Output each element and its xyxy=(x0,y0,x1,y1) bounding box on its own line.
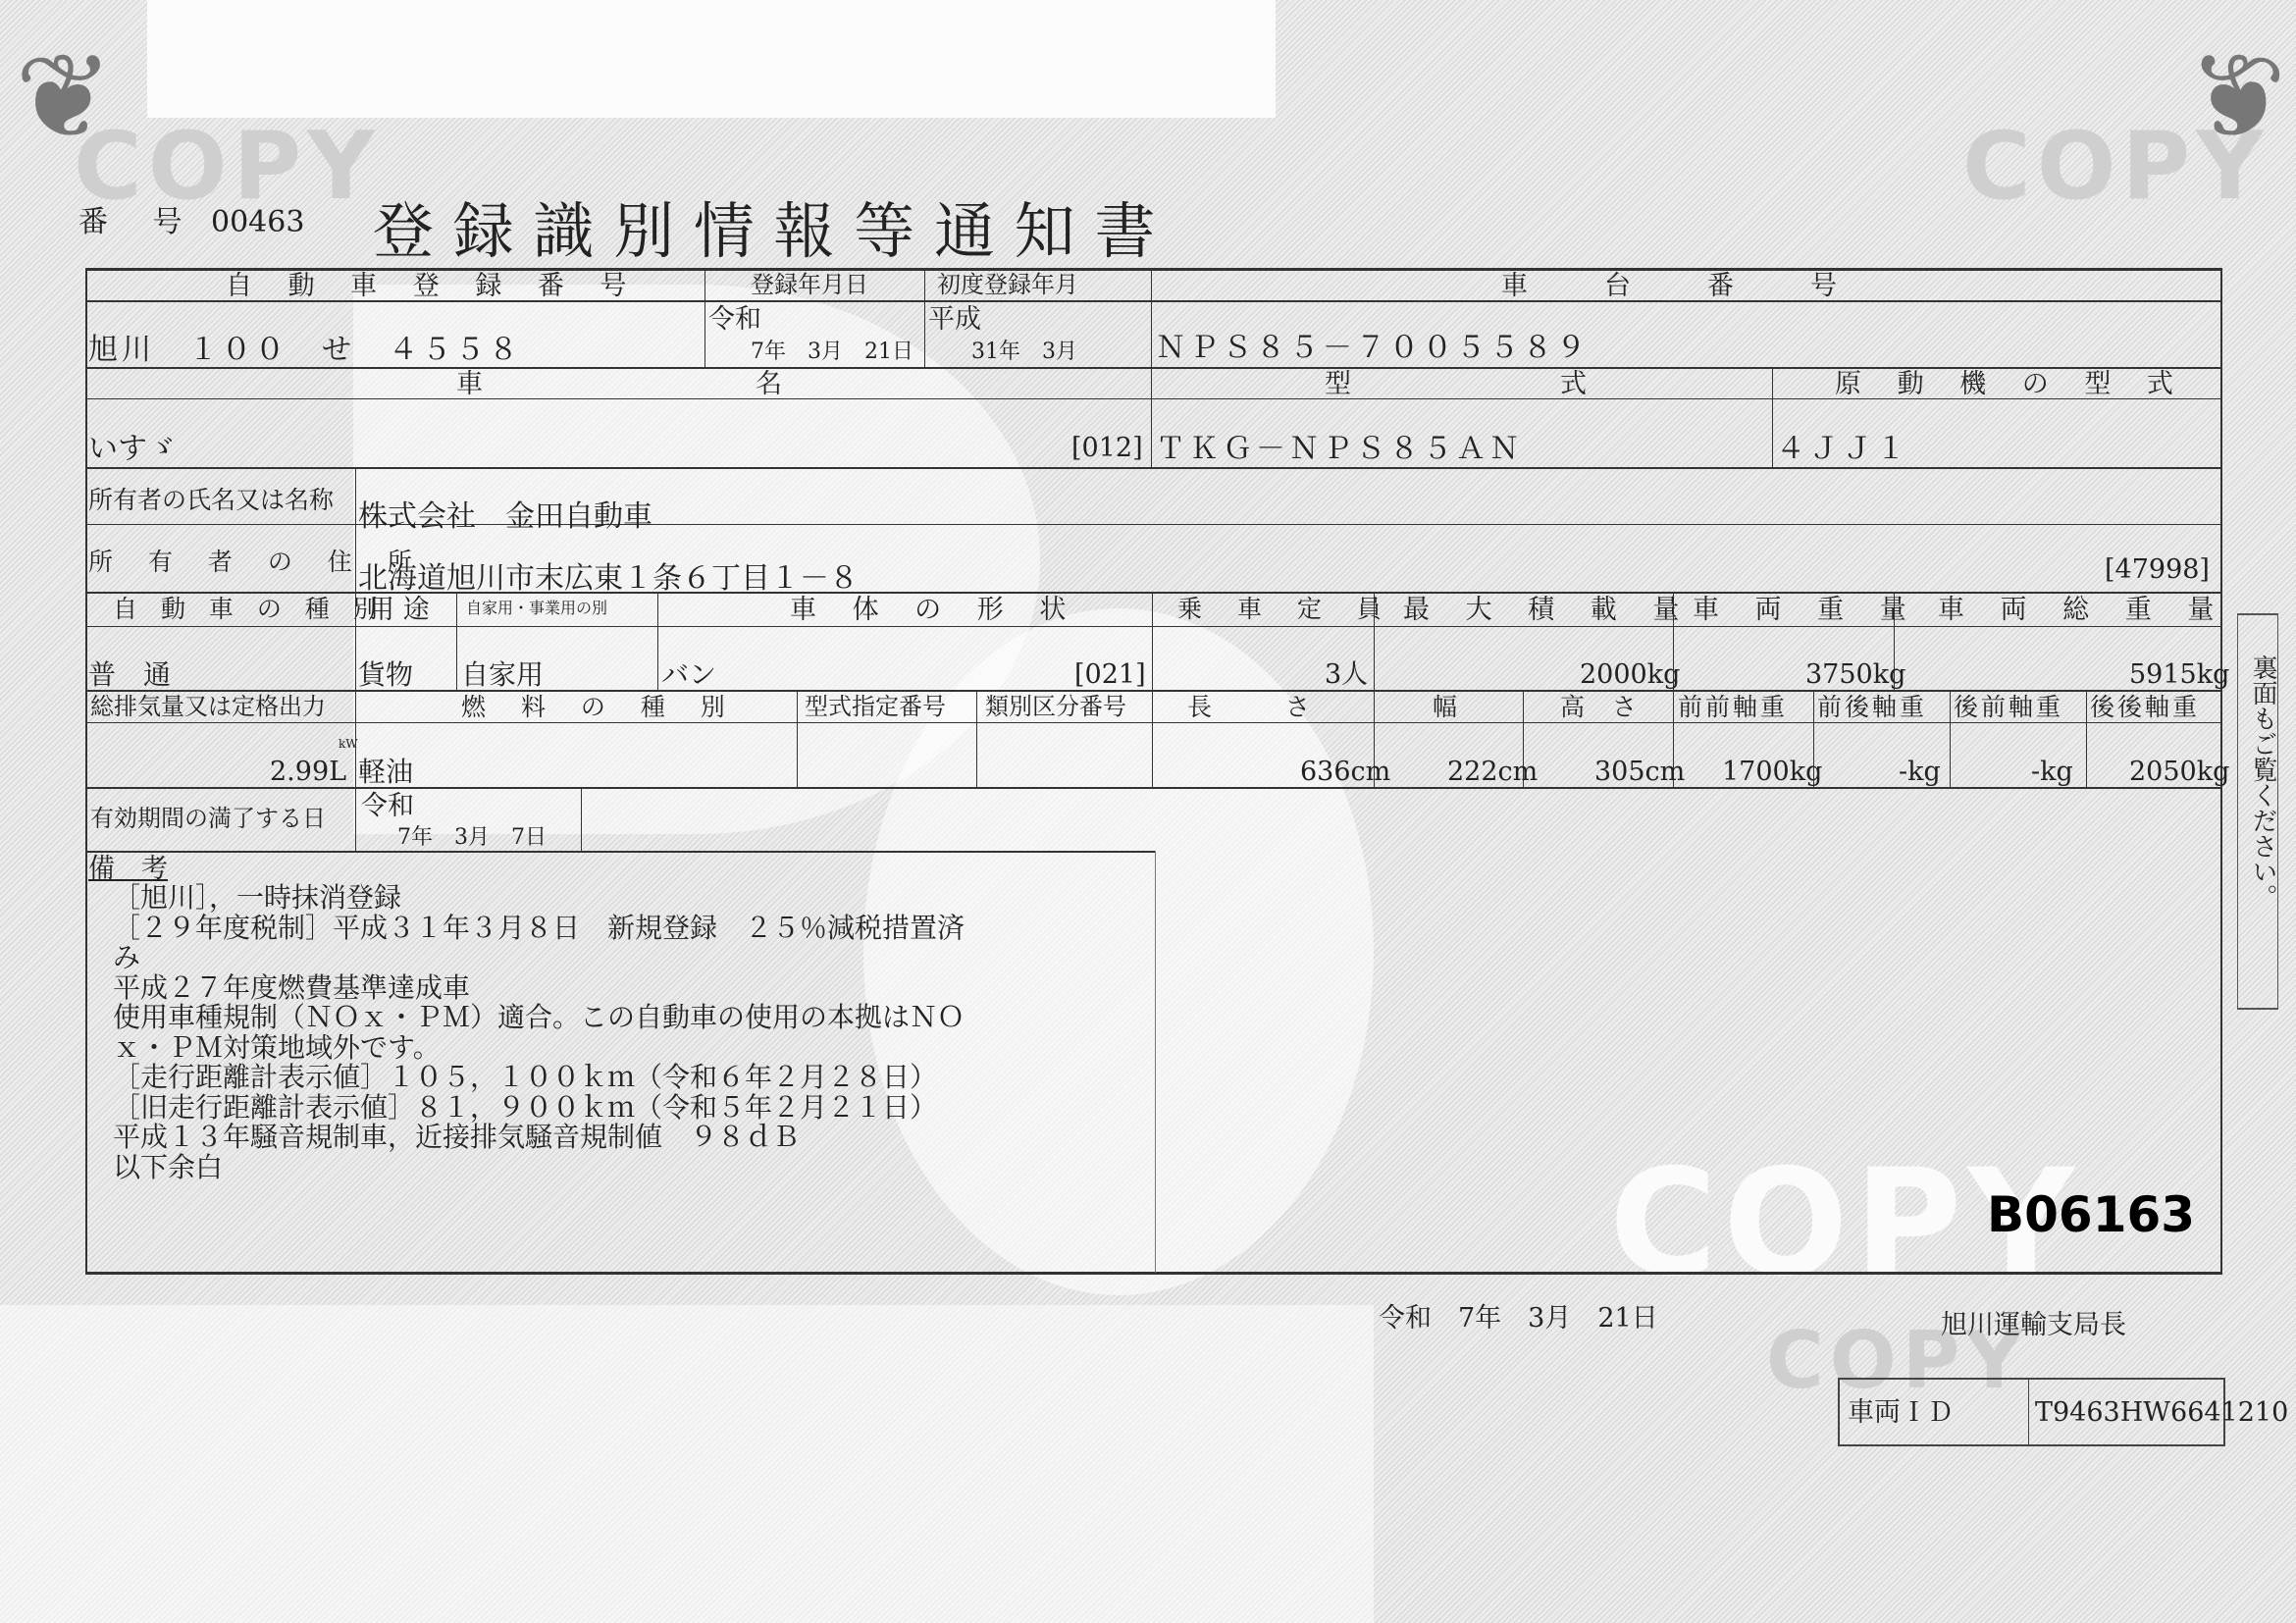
capacity: 3人 xyxy=(1325,661,1368,688)
chassis-number: ＮＰＳ８５－７００５５８９ xyxy=(1156,334,1590,363)
kind-label: 自 動 車 の 種 別 xyxy=(113,597,386,621)
max-load-label: 最 大 積 載 量 xyxy=(1403,597,1693,623)
vehicle-kind: 普 通 xyxy=(88,661,171,689)
vehicle-weight: 3750kg xyxy=(1805,661,1905,688)
expiry-label: 有効期間の満了する日 xyxy=(90,807,326,830)
stamp-id: B06163 xyxy=(1987,1190,2195,1239)
length-label: 長 さ xyxy=(1187,695,1310,719)
remark-line: 平成２７年度燃費基準達成車 xyxy=(113,973,965,1004)
remark-line: ［２９年度税制］平成３１年３月８日 新規登録 ２５％減税措置済 xyxy=(113,914,965,944)
model: ＴＫＧ－ＮＰＳ８５ＡＮ xyxy=(1156,435,1523,464)
maker: いすゞ xyxy=(88,435,177,464)
vehicle-id-box: T9463HW6641210 xyxy=(2027,1378,2225,1446)
owner-address: 北海道旭川市末広東１条６丁目１－８ xyxy=(358,564,859,594)
reg-no: 旭川 １００ せ ４５５８ xyxy=(88,336,522,365)
ornament-icon: ❦ xyxy=(2188,29,2287,166)
owner-name-label: 所有者の氏名又は名称 xyxy=(88,488,334,512)
fr-axle: -kg xyxy=(1899,759,1941,785)
bg-blank xyxy=(0,1305,1374,1623)
weight-label: 車 両 重 量 xyxy=(1693,597,1920,623)
issue-date: 令和 7年 3月 21日 xyxy=(1379,1305,1658,1332)
vehicle-use: 貨物 xyxy=(358,661,413,689)
expiry-date: 7年 3月 7日 xyxy=(397,827,547,849)
ornament-icon: ❦ xyxy=(15,29,114,166)
document-number: 00463 xyxy=(211,208,304,237)
remarks-list: ［旭川］，一時抹消登録［２９年度税制］平成３１年３月８日 新規登録 ２５％減税措… xyxy=(113,883,965,1182)
remark-line: ｘ・ＰＭ対策地域外です。 xyxy=(113,1033,965,1064)
remark-line: 使用車種規制（ＮＯｘ・ＰＭ）適合。この自動車の使用の本拠はＮＯ xyxy=(113,1003,965,1033)
height: 305cm xyxy=(1594,759,1685,785)
height-label: 高 さ xyxy=(1560,695,1646,719)
fuel-type: 軽油 xyxy=(358,759,413,786)
side-note-box: 裏面もご覧ください。 xyxy=(2237,613,2278,1010)
private-use: 自家用 xyxy=(461,661,544,689)
gross-weight-label: 車 両 総 重 量 xyxy=(1938,597,2227,623)
reg-date: 7年 3月 21日 xyxy=(751,341,913,363)
rr-axle: 2050kg xyxy=(2129,759,2229,785)
rr-axle-label: 後後軸重 xyxy=(2090,695,2200,719)
width: 222cm xyxy=(1447,759,1538,785)
first-era: 平成 xyxy=(928,306,981,333)
reg-no-label: 自 動 車 登 録 番 号 xyxy=(226,273,641,299)
rf-axle: -kg xyxy=(2031,759,2073,785)
fr-axle-label: 前後軸重 xyxy=(1817,695,1927,719)
width-label: 幅 xyxy=(1433,695,1457,719)
fuel-label: 燃 料 の 種 別 xyxy=(461,695,739,719)
engine-model: ４ＪＪ１ xyxy=(1776,435,1909,464)
rf-axle-label: 後前軸重 xyxy=(1954,695,2063,719)
type-no-label: 型式指定番号 xyxy=(805,695,946,718)
model-label: 型 xyxy=(1325,371,1351,397)
body-label: 車 体 の 形 状 xyxy=(790,597,1079,623)
max-load: 2000kg xyxy=(1580,661,1680,688)
engine-label: 原 動 機 の 型 式 xyxy=(1835,371,2187,397)
class-no-label: 類別区分番号 xyxy=(985,695,1126,718)
ff-axle: 1700kg xyxy=(1722,759,1822,785)
car-name-label: 車 xyxy=(456,371,483,397)
expiry-era: 令和 xyxy=(361,793,414,819)
remark-line: ［旧走行距離計表示値］８１，９００ｋｍ（令和５年２月２１日） xyxy=(113,1093,965,1124)
vehicle-id-label-box: 車両ＩＤ xyxy=(1838,1378,2029,1446)
vehicle-id: T9463HW6641210 xyxy=(2035,1399,2288,1426)
capacity-label: 乗 車 定 員 xyxy=(1177,597,1395,621)
remark-line: ［旭川］，一時抹消登録 xyxy=(113,883,965,914)
address-code: [47998] xyxy=(2105,556,2210,583)
bg-blank xyxy=(147,0,1276,118)
body-code: [021] xyxy=(1074,661,1146,688)
remark-line: 以下余白 xyxy=(113,1153,965,1183)
ff-axle-label: 前前軸重 xyxy=(1678,695,1788,719)
owner-name: 株式会社 金田自動車 xyxy=(358,502,652,532)
first-date: 31年 3月 xyxy=(971,341,1077,363)
remark-line: 平成１３年騒音規制車，近接排気騒音規制値 ９８ｄＢ xyxy=(113,1123,965,1153)
remarks-label: 備 考 xyxy=(88,856,168,882)
number-label: 番 号 xyxy=(78,208,200,237)
reg-era: 令和 xyxy=(708,306,761,333)
remark-line: ［走行距離計表示値］１０５，１００ｋｍ（令和６年２月２８日） xyxy=(113,1063,965,1093)
side-note: 裏面もご覧ください。 xyxy=(2245,654,2281,910)
issuer: 旭川運輸支局長 xyxy=(1941,1312,2126,1338)
car-name-label: 名 xyxy=(756,371,782,397)
body-shape: バン xyxy=(661,661,716,689)
chassis-label: 車 台 番 号 xyxy=(1501,273,1845,299)
model-label: 式 xyxy=(1560,371,1587,397)
remark-line: み xyxy=(113,943,965,973)
displacement-label: 総排気量又は定格出力 xyxy=(90,695,326,718)
page-title: 登 録 識 別 情 報 等 通 知 書 xyxy=(373,201,1155,262)
gross-weight: 5915kg xyxy=(2129,661,2229,688)
displacement: 2.99L xyxy=(270,759,346,785)
use-label: 用 途 xyxy=(368,597,430,623)
first-reg-label: 初度登録年月 xyxy=(937,273,1078,296)
private-label: 自家用・事業用の別 xyxy=(466,601,607,616)
vehicle-id-label: 車両ＩＤ xyxy=(1848,1399,1954,1426)
maker-code: [012] xyxy=(1071,435,1143,461)
reg-date-label: 登録年月日 xyxy=(751,273,868,296)
length: 636cm xyxy=(1300,759,1390,785)
kw-unit: kW xyxy=(339,738,358,750)
